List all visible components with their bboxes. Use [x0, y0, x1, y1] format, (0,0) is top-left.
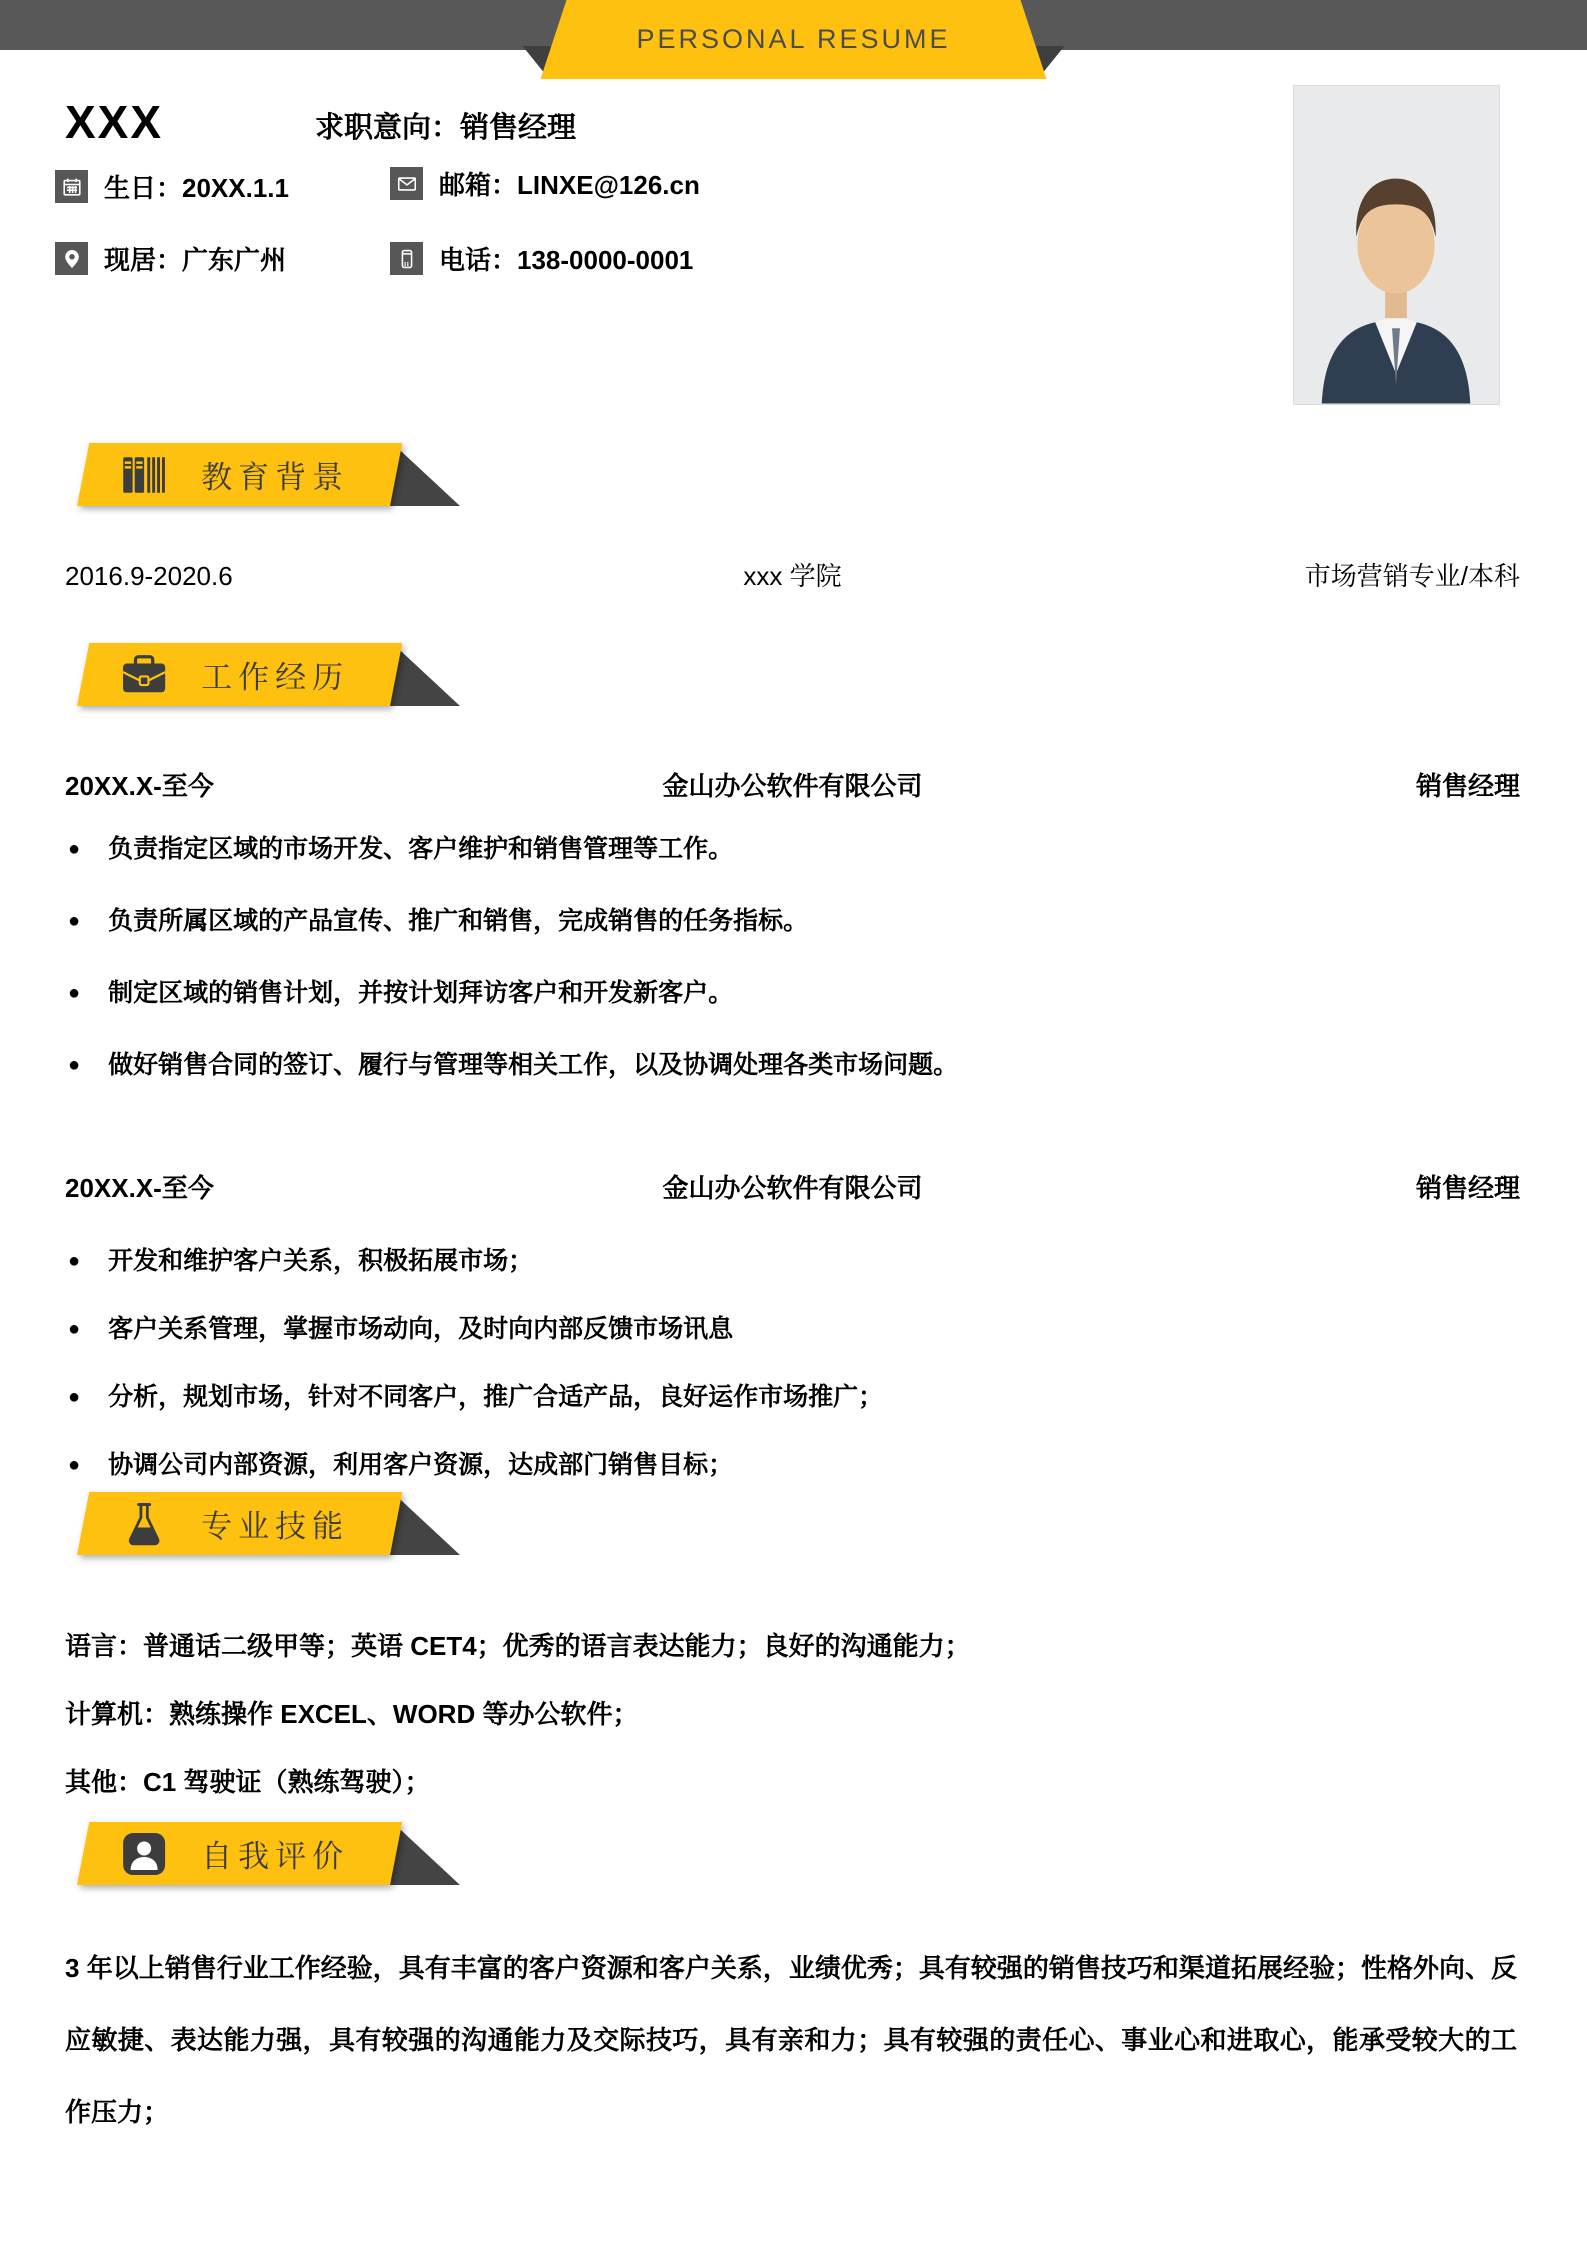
- job-bullet-text: 做好销售合同的签订、履行与管理等相关工作，以及协调处理各类市场问题。: [108, 1048, 958, 1082]
- job-bullet: 制定区域的销售计划，并按计划拜访客户和开发新客户。: [68, 976, 1517, 1010]
- skill-item: 计算机：熟练操作 EXCEL、WORD 等办公软件；: [65, 1698, 1517, 1731]
- education-major: 市场营销专业/本科: [1127, 556, 1520, 593]
- flask-icon: [121, 1502, 167, 1546]
- person-photo-illustration: [1294, 86, 1499, 404]
- job-role: 销售经理: [1127, 1168, 1520, 1205]
- section-title-self-evaluation: 自我评价: [201, 1831, 349, 1876]
- job-bullet: 负责所属区域的产品宣传、推广和销售，完成销售的任务指标。: [68, 904, 1517, 938]
- job-company: 金山办公软件有限公司: [458, 766, 1127, 803]
- section-banner-self-evaluation: 自我评价: [55, 1822, 525, 1885]
- section-title-work: 工作经历: [201, 652, 349, 697]
- skill-item: 语言：普通话二级甲等；英语 CET4；优秀的语言表达能力；良好的沟通能力；: [65, 1630, 1517, 1663]
- books-icon: [121, 453, 167, 497]
- mail-icon: [390, 167, 423, 200]
- contact-location-text: 现居：广东广州: [104, 240, 286, 277]
- section-banner-work: 工作经历: [55, 643, 525, 706]
- job-role: 销售经理: [1127, 766, 1520, 803]
- contact-phone: 电话：138-0000-0001: [390, 240, 693, 277]
- job-bullet-text: 负责所属区域的产品宣传、推广和销售，完成销售的任务指标。: [108, 904, 808, 938]
- user-icon: [121, 1832, 167, 1876]
- contact-birthday-text: 生日：20XX.1.1: [104, 168, 289, 205]
- contact-email-text: 邮箱：LINXE@126.cn: [439, 165, 700, 202]
- skill-item: 其他：C1 驾驶证（熟练驾驶）；: [65, 1766, 1517, 1799]
- contact-location: 现居：广东广州: [55, 240, 286, 277]
- banner-fold-icon: [390, 450, 460, 506]
- banner-fold-icon: [390, 1829, 460, 1885]
- job-bullet: 客户关系管理，掌握市场动向，及时向内部反馈市场讯息: [68, 1312, 1517, 1346]
- job-bullet-text: 协调公司内部资源，利用客户资源，达成部门销售目标；: [108, 1448, 733, 1482]
- banner-plate: 教育背景: [77, 443, 402, 506]
- job-header: 20XX.X-至今 金山办公软件有限公司 销售经理: [65, 1168, 1520, 1205]
- job-header: 20XX.X-至今 金山办公软件有限公司 销售经理: [65, 766, 1520, 803]
- briefcase-icon: [121, 653, 167, 697]
- job-bullet: 开发和维护客户关系，积极拓展市场；: [68, 1244, 1517, 1278]
- job-bullet: 协调公司内部资源，利用客户资源，达成部门销售目标；: [68, 1448, 1517, 1482]
- header-ribbon: PERSONAL RESUME: [513, 0, 1075, 79]
- job-bullet-text: 分析，规划市场，针对不同客户，推广合适产品，良好运作市场推广；: [108, 1380, 883, 1414]
- self-evaluation-text: 3 年以上销售行业工作经验，具有丰富的客户资源和客户关系，业绩优秀；具有较强的销…: [65, 1932, 1517, 2148]
- skills-list: 语言：普通话二级甲等；英语 CET4；优秀的语言表达能力；良好的沟通能力； 计算…: [65, 1630, 1517, 1834]
- contact-email: 邮箱：LINXE@126.cn: [390, 165, 700, 202]
- job-period: 20XX.X-至今: [65, 1168, 458, 1205]
- resume-page: PERSONAL RESUME XXX 求职意向：销售经理 生日：20XX.1.…: [0, 0, 1587, 2245]
- calendar-icon: [55, 170, 88, 203]
- contact-birthday: 生日：20XX.1.1: [55, 168, 289, 205]
- location-icon: [55, 242, 88, 275]
- section-banner-education: 教育背景: [55, 443, 525, 506]
- job-bullet-text: 负责指定区域的市场开发、客户维护和销售管理等工作。: [108, 832, 733, 866]
- job-bullet-list: 负责指定区域的市场开发、客户维护和销售管理等工作。 负责所属区域的产品宣传、推广…: [68, 832, 1517, 1120]
- section-banner-skills: 专业技能: [55, 1492, 525, 1555]
- job-bullet-list: 开发和维护客户关系，积极拓展市场； 客户关系管理，掌握市场动向，及时向内部反馈市…: [68, 1244, 1517, 1516]
- job-bullet: 分析，规划市场，针对不同客户，推广合适产品，良好运作市场推广；: [68, 1380, 1517, 1414]
- job-bullet: 做好销售合同的签订、履行与管理等相关工作，以及协调处理各类市场问题。: [68, 1048, 1517, 1082]
- phone-icon: [390, 242, 423, 275]
- section-title-education: 教育背景: [201, 452, 349, 497]
- banner-plate: 自我评价: [77, 1822, 402, 1885]
- job-company: 金山办公软件有限公司: [458, 1168, 1127, 1205]
- job-bullet-text: 客户关系管理，掌握市场动向，及时向内部反馈市场讯息: [108, 1312, 733, 1346]
- ribbon-plate: PERSONAL RESUME: [541, 0, 1047, 79]
- ribbon-title: PERSONAL RESUME: [636, 24, 950, 55]
- education-period: 2016.9-2020.6: [65, 561, 458, 592]
- contact-phone-text: 电话：138-0000-0001: [439, 240, 693, 277]
- job-intention: 求职意向：销售经理: [315, 105, 576, 146]
- job-bullet-text: 制定区域的销售计划，并按计划拜访客户和开发新客户。: [108, 976, 733, 1010]
- job-bullet: 负责指定区域的市场开发、客户维护和销售管理等工作。: [68, 832, 1517, 866]
- job-period: 20XX.X-至今: [65, 766, 458, 803]
- education-school: xxx 学院: [458, 556, 1127, 593]
- education-entry: 2016.9-2020.6 xxx 学院 市场营销专业/本科: [65, 556, 1520, 593]
- banner-plate: 专业技能: [77, 1492, 402, 1555]
- section-title-skills: 专业技能: [201, 1501, 349, 1546]
- banner-fold-icon: [390, 1499, 460, 1555]
- profile-photo: [1293, 85, 1500, 405]
- job-bullet-text: 开发和维护客户关系，积极拓展市场；: [108, 1244, 533, 1278]
- candidate-name: XXX: [65, 95, 163, 149]
- banner-fold-icon: [390, 650, 460, 706]
- banner-plate: 工作经历: [77, 643, 402, 706]
